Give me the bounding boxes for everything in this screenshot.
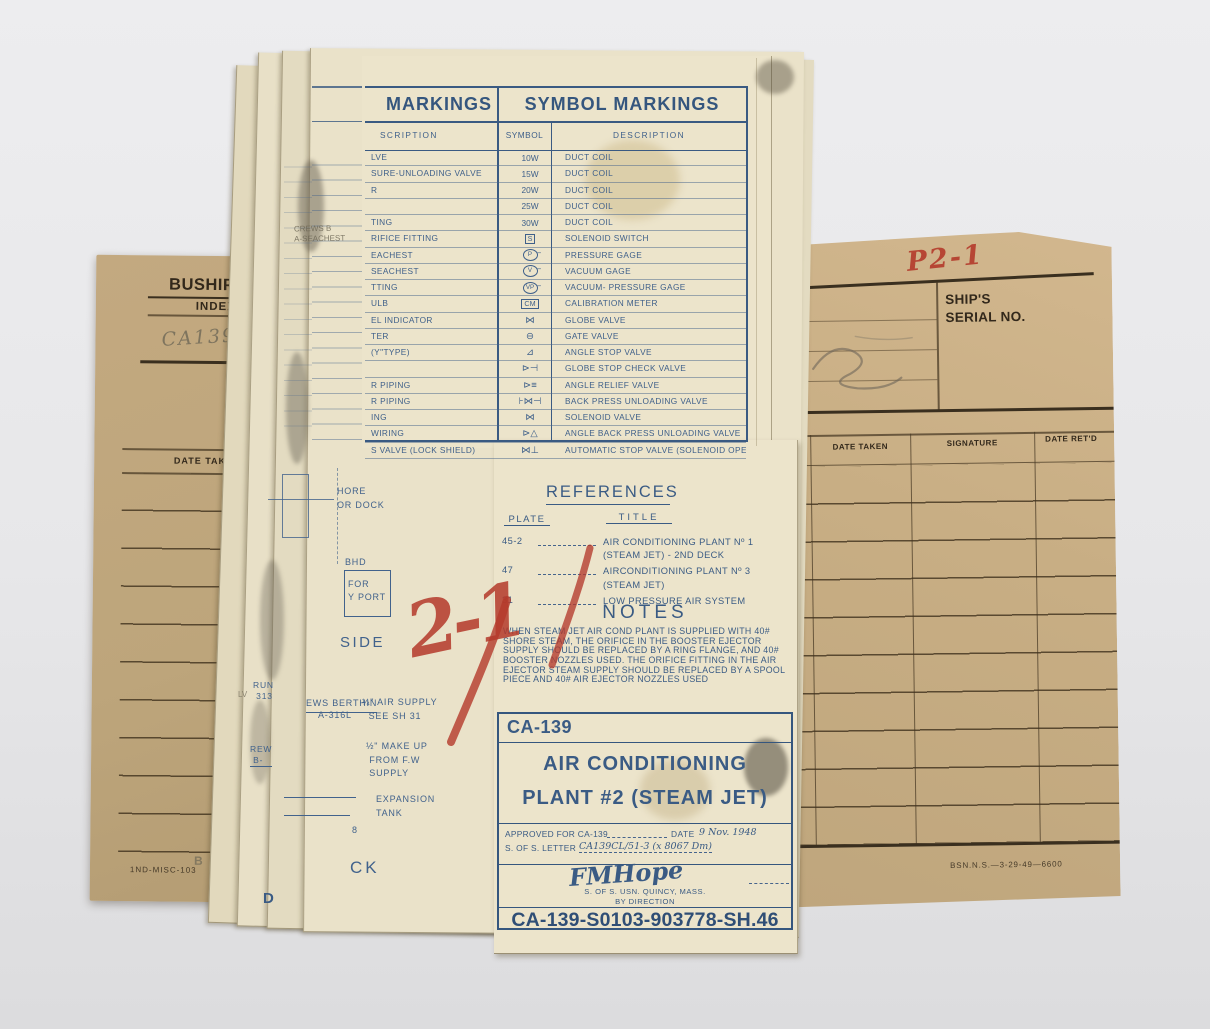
row-symbol-cell: V: [503, 264, 557, 279]
symbol-table-row: EACHEST P PRESSURE GAGE: [365, 248, 746, 264]
symbol-table-row: EL INDICATOR ⋈ GLOBE VALVE: [365, 313, 746, 329]
valve-symbol-glyph: 15W: [521, 169, 538, 179]
row-left-description: EL INDICATOR: [365, 313, 503, 328]
symbol-table-row: LVE 10W DUCT COIL: [365, 150, 746, 166]
drawing-title-line2: PLANT #2 (STEAM JET): [499, 787, 791, 810]
title-block: CA-139 AIR CONDITIONING PLANT #2 (STEAM …: [497, 712, 793, 930]
row-left-description: TER: [365, 329, 503, 344]
row-left-description: R PIPING: [365, 394, 503, 409]
row-description: VACUUM- PRESSURE GAGE: [557, 280, 746, 295]
symbol-table-row: SURE-UNLOADING VALVE 15W DUCT COIL: [365, 166, 746, 182]
leader-dashes: [749, 875, 789, 884]
drawing-number-row: CA-139-S0103-903778-SH.46: [499, 908, 791, 934]
symbol-table-row: RIFICE FITTING S SOLENOID SWITCH: [365, 231, 746, 247]
dirt-smudge: [756, 60, 794, 94]
row-left-description: RIFICE FITTING: [365, 231, 503, 246]
row-description: GLOBE STOP CHECK VALVE: [557, 361, 746, 376]
symbol-table-row: WIRING ⊳△ ANGLE BACK PRESS UNLOADING VAL…: [365, 426, 746, 442]
reference-entry: 45-2 AIR CONDITIONING PLANT Nº 1 (STEAM …: [502, 536, 794, 562]
row-symbol-cell: ⊳≡: [503, 378, 557, 393]
fragment-trunk-number: RUN 313: [253, 680, 274, 702]
row-description: PRESSURE GAGE: [557, 248, 746, 263]
letter-label: S. OF S. LETTER: [505, 843, 576, 853]
right-kraft-envelope: P2-1 SHIP'S SERIAL NO. RET'D DATE TAKEN …: [781, 231, 1120, 908]
row-left-description: ULB: [365, 296, 503, 311]
valve-symbol-glyph: 30W: [521, 218, 538, 228]
under-sheet-line: [312, 121, 362, 122]
valve-symbol-glyph: 20W: [521, 185, 538, 195]
symbol-table-row: 25W DUCT COIL: [365, 199, 746, 215]
row-description: SOLENOID VALVE: [557, 410, 746, 425]
row-left-description: ING: [365, 410, 503, 425]
row-description: DUCT COIL: [557, 215, 746, 230]
valve-symbol-glyph: ⊖: [526, 331, 534, 342]
valve-symbol-glyph: P: [523, 249, 538, 261]
table-header-line: [365, 121, 746, 123]
drawing-title-line1: AIR CONDITIONING: [499, 753, 791, 776]
approval-date-handwritten: 9 Nov. 1948: [699, 827, 757, 838]
row-description: VACUUM GAGE: [557, 264, 746, 279]
symbol-subheader: SYMBOL: [498, 130, 551, 140]
row-description: BACK PRESS UNLOADING VALVE: [557, 394, 746, 409]
fragment-air-supply: ¼" AIR SUPPLY SEE SH 31: [362, 696, 437, 723]
ship-designation: CA-139: [507, 717, 572, 738]
row-left-description: R PIPING: [365, 378, 503, 393]
valve-symbol-glyph: ⊳△: [522, 428, 537, 439]
fragment-dimension-line: [268, 499, 334, 500]
fragment-number-eight: 8: [352, 824, 358, 838]
symbol-table-row: SEACHEST V VACUUM GAGE: [365, 264, 746, 280]
drawing-title-row: AIR CONDITIONING PLANT #2 (STEAM JET): [499, 743, 791, 824]
pencil-lv-mark: LV: [238, 690, 247, 699]
signature-row: FMHope S. OF S. USN. QUINCY, MASS. BY DI…: [499, 865, 791, 908]
col-header-date-retd: DATE RET'D: [1034, 434, 1108, 444]
fragment-expansion-tank: EXPANSION TANK: [376, 793, 435, 820]
row-symbol-cell: ⋈⊥: [503, 443, 557, 458]
fragment-make-up: ½" MAKE UP FROM F.W SUPPLY: [366, 740, 428, 781]
valve-symbol-glyph: 25W: [521, 201, 538, 211]
row-description: ANGLE RELIEF VALVE: [557, 378, 746, 393]
valve-symbol-glyph: ⊦⋈⊣: [519, 396, 542, 407]
row-description: GATE VALVE: [557, 329, 746, 344]
table-empty-rows: [785, 463, 1120, 846]
references-list: 45-2 AIR CONDITIONING PLANT Nº 1 (STEAM …: [502, 536, 794, 611]
row-left-description: [365, 361, 503, 376]
envelope-form-stamp: BSN.N.S.—3-29-49—6600: [950, 859, 1063, 870]
row-symbol-cell: 15W: [503, 166, 557, 181]
dirt-smudge: [260, 560, 284, 680]
symbol-table-row: R 20W DUCT COIL: [365, 183, 746, 199]
reference-entry: 47 AIRCONDITIONING PLANT Nº 3 (STEAM JET…: [502, 565, 794, 591]
fragment-for-port: FOR Y PORT: [348, 578, 386, 603]
symbol-table-row: R PIPING ⊳≡ ANGLE RELIEF VALVE: [365, 378, 746, 394]
leader-dashes: [538, 565, 596, 575]
fragment-pipe-line: [284, 797, 356, 798]
symbol-table-row: TING 30W DUCT COIL: [365, 215, 746, 231]
row-left-description: (Y"TYPE): [365, 345, 503, 360]
row-description: ANGLE BACK PRESS UNLOADING VALVE: [557, 426, 746, 441]
row-left-description: SURE-UNLOADING VALVE: [365, 166, 503, 181]
fragment-compartment-number: A-316L: [318, 709, 352, 723]
symbol-table-row: ⊳⊣ GLOBE STOP CHECK VALVE: [365, 361, 746, 377]
valve-symbol-glyph: 10W: [521, 153, 538, 163]
col-header-date-taken: DATE TAKEN: [810, 442, 910, 452]
pencil-scribble: [794, 315, 935, 407]
envelope-form-stamp: 1ND-MISC-103: [130, 865, 197, 875]
row-symbol-cell: ⊿: [503, 345, 557, 360]
fragment-pipe-line: [284, 815, 350, 816]
red-crayon-p2-1: P2-1: [905, 239, 985, 278]
row-symbol-cell: ⊦⋈⊣: [503, 394, 557, 409]
fragment-crew-label: REW B-: [250, 744, 272, 767]
symbol-table-row: ING ⋈ SOLENOID VALVE: [365, 410, 746, 426]
plate-column-header: PLATE: [504, 514, 550, 526]
under-sheet-table-lines: [312, 150, 362, 440]
row-left-description: EACHEST: [365, 248, 503, 263]
valve-symbol-glyph: VP: [523, 282, 538, 294]
row-symbol-cell: ⋈: [503, 313, 557, 328]
valve-symbol-glyph: ⊿: [526, 347, 534, 358]
row-symbol-cell: VP: [503, 280, 557, 295]
valve-symbol-glyph: ⋈: [525, 315, 535, 326]
leader-dashes: [607, 829, 667, 838]
reference-plate-number: 45-2: [502, 536, 538, 562]
table-border: [746, 86, 748, 442]
row-description: AUTOMATIC STOP VALVE (SOLENOID OPERATED): [557, 443, 746, 458]
row-symbol-cell: ⋈: [503, 410, 557, 425]
fragment-centerline: [337, 468, 338, 564]
ship-designation-row: CA-139: [499, 714, 791, 743]
row-description: DUCT COIL: [557, 199, 746, 214]
row-left-description: LVE: [365, 150, 503, 165]
reference-title: AIRCONDITIONING PLANT Nº 3 (STEAM JET): [603, 565, 794, 591]
symbol-markings-header: SYMBOL MARKINGS: [498, 94, 746, 115]
fragment-deck-label: CK: [350, 855, 380, 881]
valve-symbol-glyph: ⊳≡: [523, 380, 537, 391]
row-left-description: TING: [365, 215, 503, 230]
notes-body: WHEN STEAM JET AIR COND PLANT IS SUPPLIE…: [503, 627, 793, 685]
row-symbol-cell: 20W: [503, 183, 557, 198]
row-symbol-cell: S: [503, 231, 557, 246]
dirt-smudge: [250, 700, 270, 784]
fragment-shore-dock: HORE OR DOCK: [337, 485, 385, 512]
photo-of-blueprint-documents: BUSHIPS DRAW INDEX CA139 S CO DATE TAKEN…: [0, 0, 1210, 1029]
symbol-table-row: R PIPING ⊦⋈⊣ BACK PRESS UNLOADING VALVE: [365, 394, 746, 410]
notes-title: NOTES: [570, 602, 720, 624]
valve-symbol-glyph: ⋈⊥: [521, 445, 539, 456]
row-symbol-cell: 10W: [503, 150, 557, 165]
row-symbol-cell: P: [503, 248, 557, 263]
row-symbol-cell: ⊳⊣: [503, 361, 557, 376]
fragment-bhd-label: BHD: [345, 556, 366, 570]
symbol-table-rows: LVE 10W DUCT COIL SURE-UNLOADING VALVE 1…: [365, 150, 746, 440]
description-subheader-partial: SCRIPTION: [380, 130, 438, 140]
fragment-side-label: SIDE: [340, 632, 385, 655]
approved-for-label: APPROVED FOR CA-139: [505, 829, 608, 839]
col-header-signature: SIGNATURE: [910, 438, 1034, 449]
date-label: DATE: [671, 829, 695, 839]
drawing-number: CA-139-S0103-903778-SH.46: [499, 909, 791, 932]
pencil-b-mark: B: [194, 854, 203, 868]
row-symbol-cell: ⊖: [503, 329, 557, 344]
row-left-description: TTING: [365, 280, 503, 295]
title-column-header: TITLE: [606, 512, 672, 524]
row-left-description: SEACHEST: [365, 264, 503, 279]
valve-symbol-glyph: S: [525, 234, 536, 245]
reference-title: AIR CONDITIONING PLANT Nº 1 (STEAM JET) …: [603, 536, 794, 562]
row-symbol-cell: 30W: [503, 215, 557, 230]
symbol-table-row: TTING VP VACUUM- PRESSURE GAGE: [365, 280, 746, 296]
row-description: CALIBRATION METER: [557, 296, 746, 311]
valve-symbol-glyph: V: [523, 265, 538, 277]
under-sheet-line: [312, 86, 362, 88]
row-description: GLOBE VALVE: [557, 313, 746, 328]
leader-dashes: [538, 536, 596, 546]
symbol-table-row: (Y"TYPE) ⊿ ANGLE STOP VALVE: [365, 345, 746, 361]
row-left-description: S VALVE (LOCK SHIELD): [365, 443, 503, 458]
symbol-table-row: ULB CM CALIBRATION METER: [365, 296, 746, 312]
valve-symbol-glyph: CM: [521, 299, 538, 310]
row-description: ANGLE STOP VALVE: [557, 345, 746, 360]
table-border: [365, 86, 746, 88]
description-subheader: DESCRIPTION: [552, 130, 746, 140]
symbol-table-row: S VALVE (LOCK SHIELD) ⋈⊥ AUTOMATIC STOP …: [365, 443, 746, 459]
letter-reference-handwritten: CA139CL/51-3 (x 8067 Dm): [579, 841, 712, 853]
row-symbol-cell: CM: [503, 296, 557, 311]
row-description: DUCT COIL: [557, 183, 746, 198]
row-left-description: [365, 199, 503, 214]
symbol-table-row: TER ⊖ GATE VALVE: [365, 329, 746, 345]
fragment-equipment-box: [282, 474, 309, 538]
row-left-description: R: [365, 183, 503, 198]
fragment-d-mark: D: [263, 890, 274, 907]
by-direction-label: BY DIRECTION: [499, 897, 791, 906]
valve-symbol-glyph: ⋈: [525, 412, 535, 423]
references-title: REFERENCES: [546, 483, 670, 505]
row-description: DUCT COIL: [557, 150, 746, 165]
valve-symbol-glyph: ⊳⊣: [522, 363, 538, 374]
signature-organization: S. OF S. USN. QUINCY, MASS.: [499, 887, 791, 896]
row-description: DUCT COIL: [557, 166, 746, 181]
sheet-crease: [756, 58, 757, 446]
row-left-description: WIRING: [365, 426, 503, 441]
row-description: SOLENOID SWITCH: [557, 231, 746, 246]
ships-serial-no-label: SHIP'S SERIAL NO.: [945, 290, 1025, 326]
left-table-header-partial: MARKINGS: [365, 94, 492, 115]
pencil-note-crews-seachest: CREWS B A-SEACHEST: [294, 224, 345, 245]
envelope-heavy-rule: [784, 407, 1114, 414]
under-sheet-table-lines: [284, 152, 312, 440]
row-symbol-cell: 25W: [503, 199, 557, 214]
row-symbol-cell: ⊳△: [503, 426, 557, 441]
envelope-column-line: [936, 282, 940, 410]
